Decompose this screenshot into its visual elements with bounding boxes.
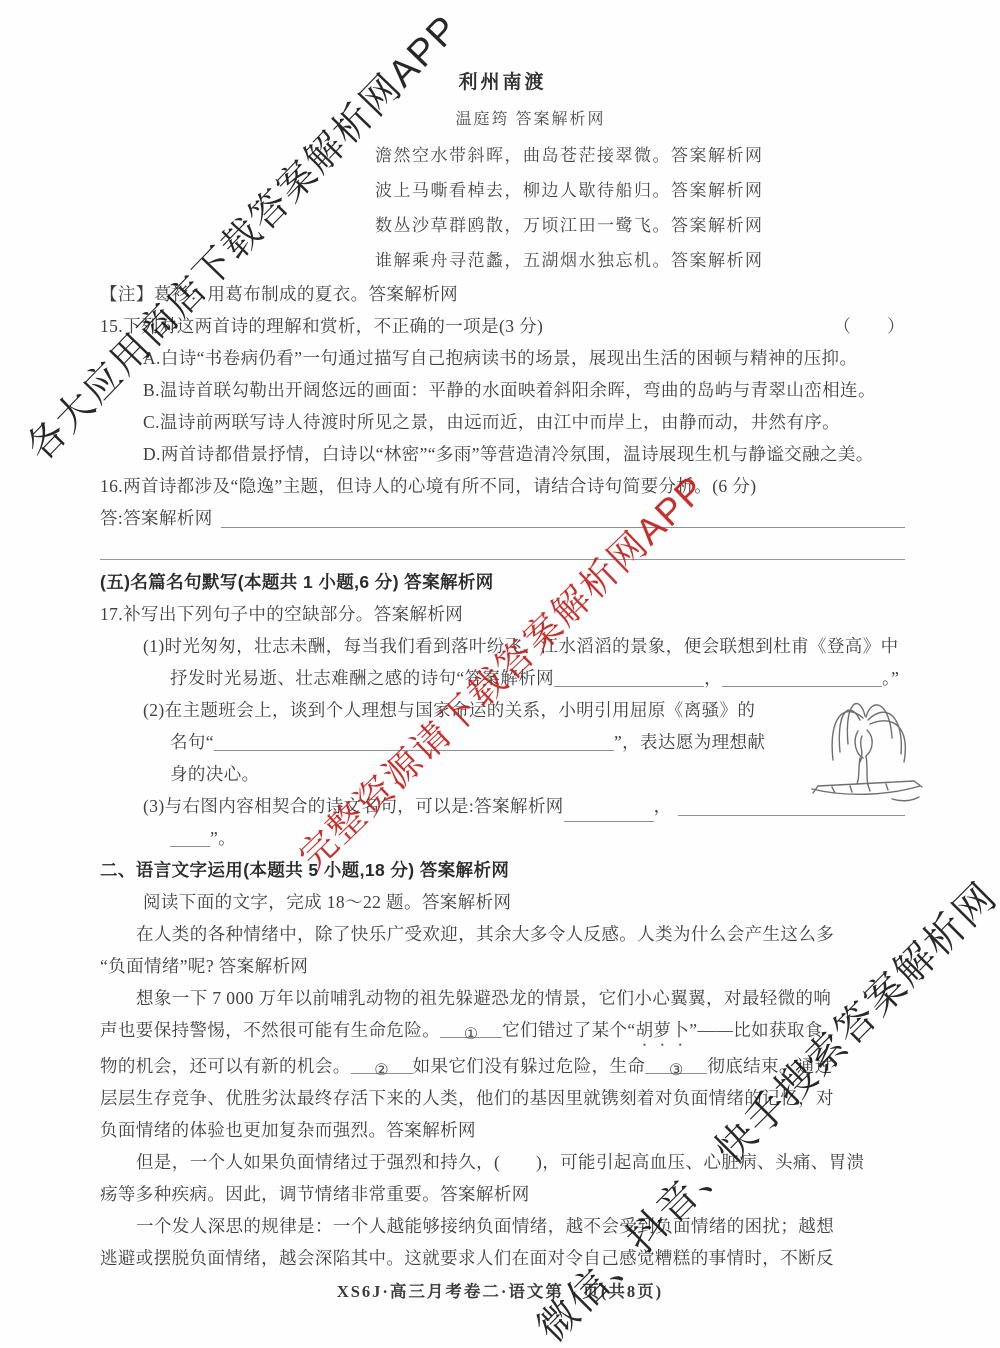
poem-author: 温庭筠 答案解析网 [128, 108, 933, 132]
answer-line [221, 527, 905, 528]
passage-line: 但是，一个人如果负面情绪过于强烈和持久，( )，可能引起高血压、心脏病、头痛、胃… [100, 1146, 905, 1178]
section-two-header: 二、语言文字运用(本题共 5 小题,18 分) 答案解析网 [100, 854, 905, 886]
question-15-option-d: D.两首诗都借景抒情，白诗以“林密”“多雨”等营造清冷氛围，温诗展现生机与静谧交… [100, 438, 905, 470]
emphasized-word: 胡萝卜 [636, 1020, 690, 1040]
passage-line: 疡等多种疾病。因此，调节情绪非常重要。答案解析网 [100, 1178, 905, 1210]
comma: ， [704, 668, 722, 688]
question-15-option-c: C.温诗前两联写诗人待渡时所见之景，由远而近，由江中而岸上，由静而动，井然有序。 [100, 406, 905, 438]
comma: ， [654, 790, 672, 822]
page-footer: XS6J·高三月考卷二·语文第 页(共8页) [0, 1278, 1000, 1302]
passage-text: 彻底结束。通过 [707, 1056, 832, 1076]
reading-instruction: 阅读下面的文字，完成 18～22 题。答案解析网 [100, 886, 905, 918]
fill-blank [170, 828, 210, 847]
q17-item2-line2: 名句“”，表达愿为理想献 [100, 726, 905, 758]
poem-text: 澹然空水带斜晖，曲岛苍茫接翠微。答案解析网 波上马嘶看棹去，柳边人歇待船归。答案… [375, 138, 905, 278]
passage-text: 物的机会，还可以有新的机会。 [100, 1056, 351, 1076]
item1-suffix: 。” [882, 668, 899, 688]
q17-item3-line2: ”。 [100, 822, 905, 854]
fill-blank [678, 815, 905, 816]
q17-item2-line3: 身的决心。 [100, 758, 905, 790]
numbered-blank-3: ③ [645, 1055, 707, 1074]
section-five-header: (五)名篇名句默写(本题共 1 小题,6 分) 答案解析网 [100, 566, 905, 598]
fill-blank [214, 732, 614, 751]
q17-item2-line1: (2)在主题班会上，谈到个人理想与国家命运的关系，小明引用屈原《离骚》的 [100, 694, 905, 726]
answer-prefix: 答:答案解析网 [100, 502, 213, 534]
passage-text: 如果它们没有躲过危险，生命 [413, 1056, 646, 1076]
passage-line: 在人类的各种情绪中，除了快乐广受欢迎，其余大多令人反感。人类为什么会产生这么多 [100, 918, 905, 950]
passage-text: ”——比如获取食 [689, 1020, 822, 1040]
item2-prefix: 名句“ [170, 732, 214, 752]
poem-line: 谁解乘舟寻范蠡，五湖烟水独忘机。答案解析网 [375, 243, 905, 278]
q17-item1-line1: (1)时光匆匆，壮志未酬，每当我们看到落叶纷飞、江水滔滔的景象，便会联想到杜甫《… [100, 630, 905, 662]
question-17-stem: 17.补写出下列句子中的空缺部分。答案解析网 [100, 598, 905, 630]
passage-line: 负面情绪的体验也更加复杂而强烈。答案解析网 [100, 1114, 905, 1146]
poem-line: 波上马嘶看棹去，柳边人歇待船归。答案解析网 [375, 173, 905, 208]
passage-text: 声也要保持警惕，不然很可能有生命危险。 [100, 1020, 440, 1040]
question-16-answer-row: 答:答案解析网 [100, 502, 905, 534]
question-15-option-b: B.温诗首联勾勒出开阔悠远的画面：平静的水面映着斜阳余晖，弯曲的岛屿与青翠山峦相… [100, 374, 905, 406]
passage-text: 它们错过了某个“ [502, 1020, 635, 1040]
poem-note: 【注】葛衫：用葛布制成的夏衣。答案解析网 [100, 278, 905, 310]
question-15-stem: （ ）15.下列对这两首诗的理解和赏析，不正确的一项是(3 分) [100, 310, 905, 342]
poem-line: 澹然空水带斜晖，曲岛苍茫接翠微。答案解析网 [375, 138, 905, 173]
passage-line: “负面情绪”呢? 答案解析网 [100, 950, 905, 982]
fill-blank [564, 803, 654, 822]
item3-suffix: ”。 [210, 828, 236, 848]
q17-item1-line2: 抒发时光易逝、壮志难酬之感的诗句“答案解析网，。” [100, 662, 905, 694]
numbered-blank-1: ① [440, 1019, 502, 1038]
page-body: 利州南渡 温庭筠 答案解析网 澹然空水带斜晖，曲岛苍茫接翠微。答案解析网 波上马… [100, 0, 905, 1274]
fill-blank [554, 668, 704, 687]
answer-line [100, 534, 905, 560]
passage-line: 想象一下 7 000 万年以前哺乳动物的祖先躲避恐龙的情景，它们小心翼翼，对最轻… [100, 982, 905, 1014]
poem-title: 利州南渡 [100, 70, 905, 96]
passage-line: 逃避或摆脱负面情绪，越会深陷其中。这就要求人们在面对令自己感觉糟糕的事情时，不断… [100, 1242, 905, 1274]
item3-prefix: (3)与右图内容相契合的诗文名句，可以是:答案解析网 [143, 790, 564, 822]
poem-line: 数丛沙草群鸥散，万顷江田一鹭飞。答案解析网 [375, 208, 905, 243]
passage-line: 一个发人深思的规律是：一个人越能够接纳负面情绪，越不会受到负面情绪的困扰；越想 [100, 1210, 905, 1242]
answer-bracket: （ ） [833, 310, 905, 342]
question-15-option-a: A.白诗“书卷病仍看”一句通过描写自己抱病读书的场景，展现出生活的困顿与精神的压… [100, 342, 905, 374]
passage-line-with-blanks: 声也要保持警惕，不然很可能有生命危险。①它们错过了某个“胡萝卜”——比如获取食 [100, 1014, 905, 1050]
passage-line-with-blanks: 物的机会，还可以有新的机会。②如果它们没有躲过危险，生命③彻底结束。通过 [100, 1050, 905, 1082]
item1-prefix: 抒发时光易逝、壮志难酬之感的诗句“答案解析网 [170, 668, 554, 688]
willow-boat-illustration-icon [800, 686, 940, 806]
fill-blank [722, 668, 882, 687]
exam-page: 各大应用商店下载答案解析网APP 完整资源请下载答案解析网APP 微信、抖音、快… [0, 0, 1000, 1348]
numbered-blank-2: ② [351, 1055, 413, 1074]
q17-item3-line1: (3)与右图内容相契合的诗文名句，可以是:答案解析网， [100, 790, 905, 822]
question-16-stem: 16.两首诗都涉及“隐逸”主题，但诗人的心境有所不同，请结合诗句简要分析。(6 … [100, 470, 905, 502]
passage-line: 层层生存竞争、优胜劣汰最终存活下来的人类，他们的基因里就镌刻着对负面情绪的记忆，… [100, 1082, 905, 1114]
item2-suffix: ”，表达愿为理想献 [614, 732, 765, 752]
question-15-text: 15.下列对这两首诗的理解和赏析，不正确的一项是(3 分) [100, 316, 543, 336]
